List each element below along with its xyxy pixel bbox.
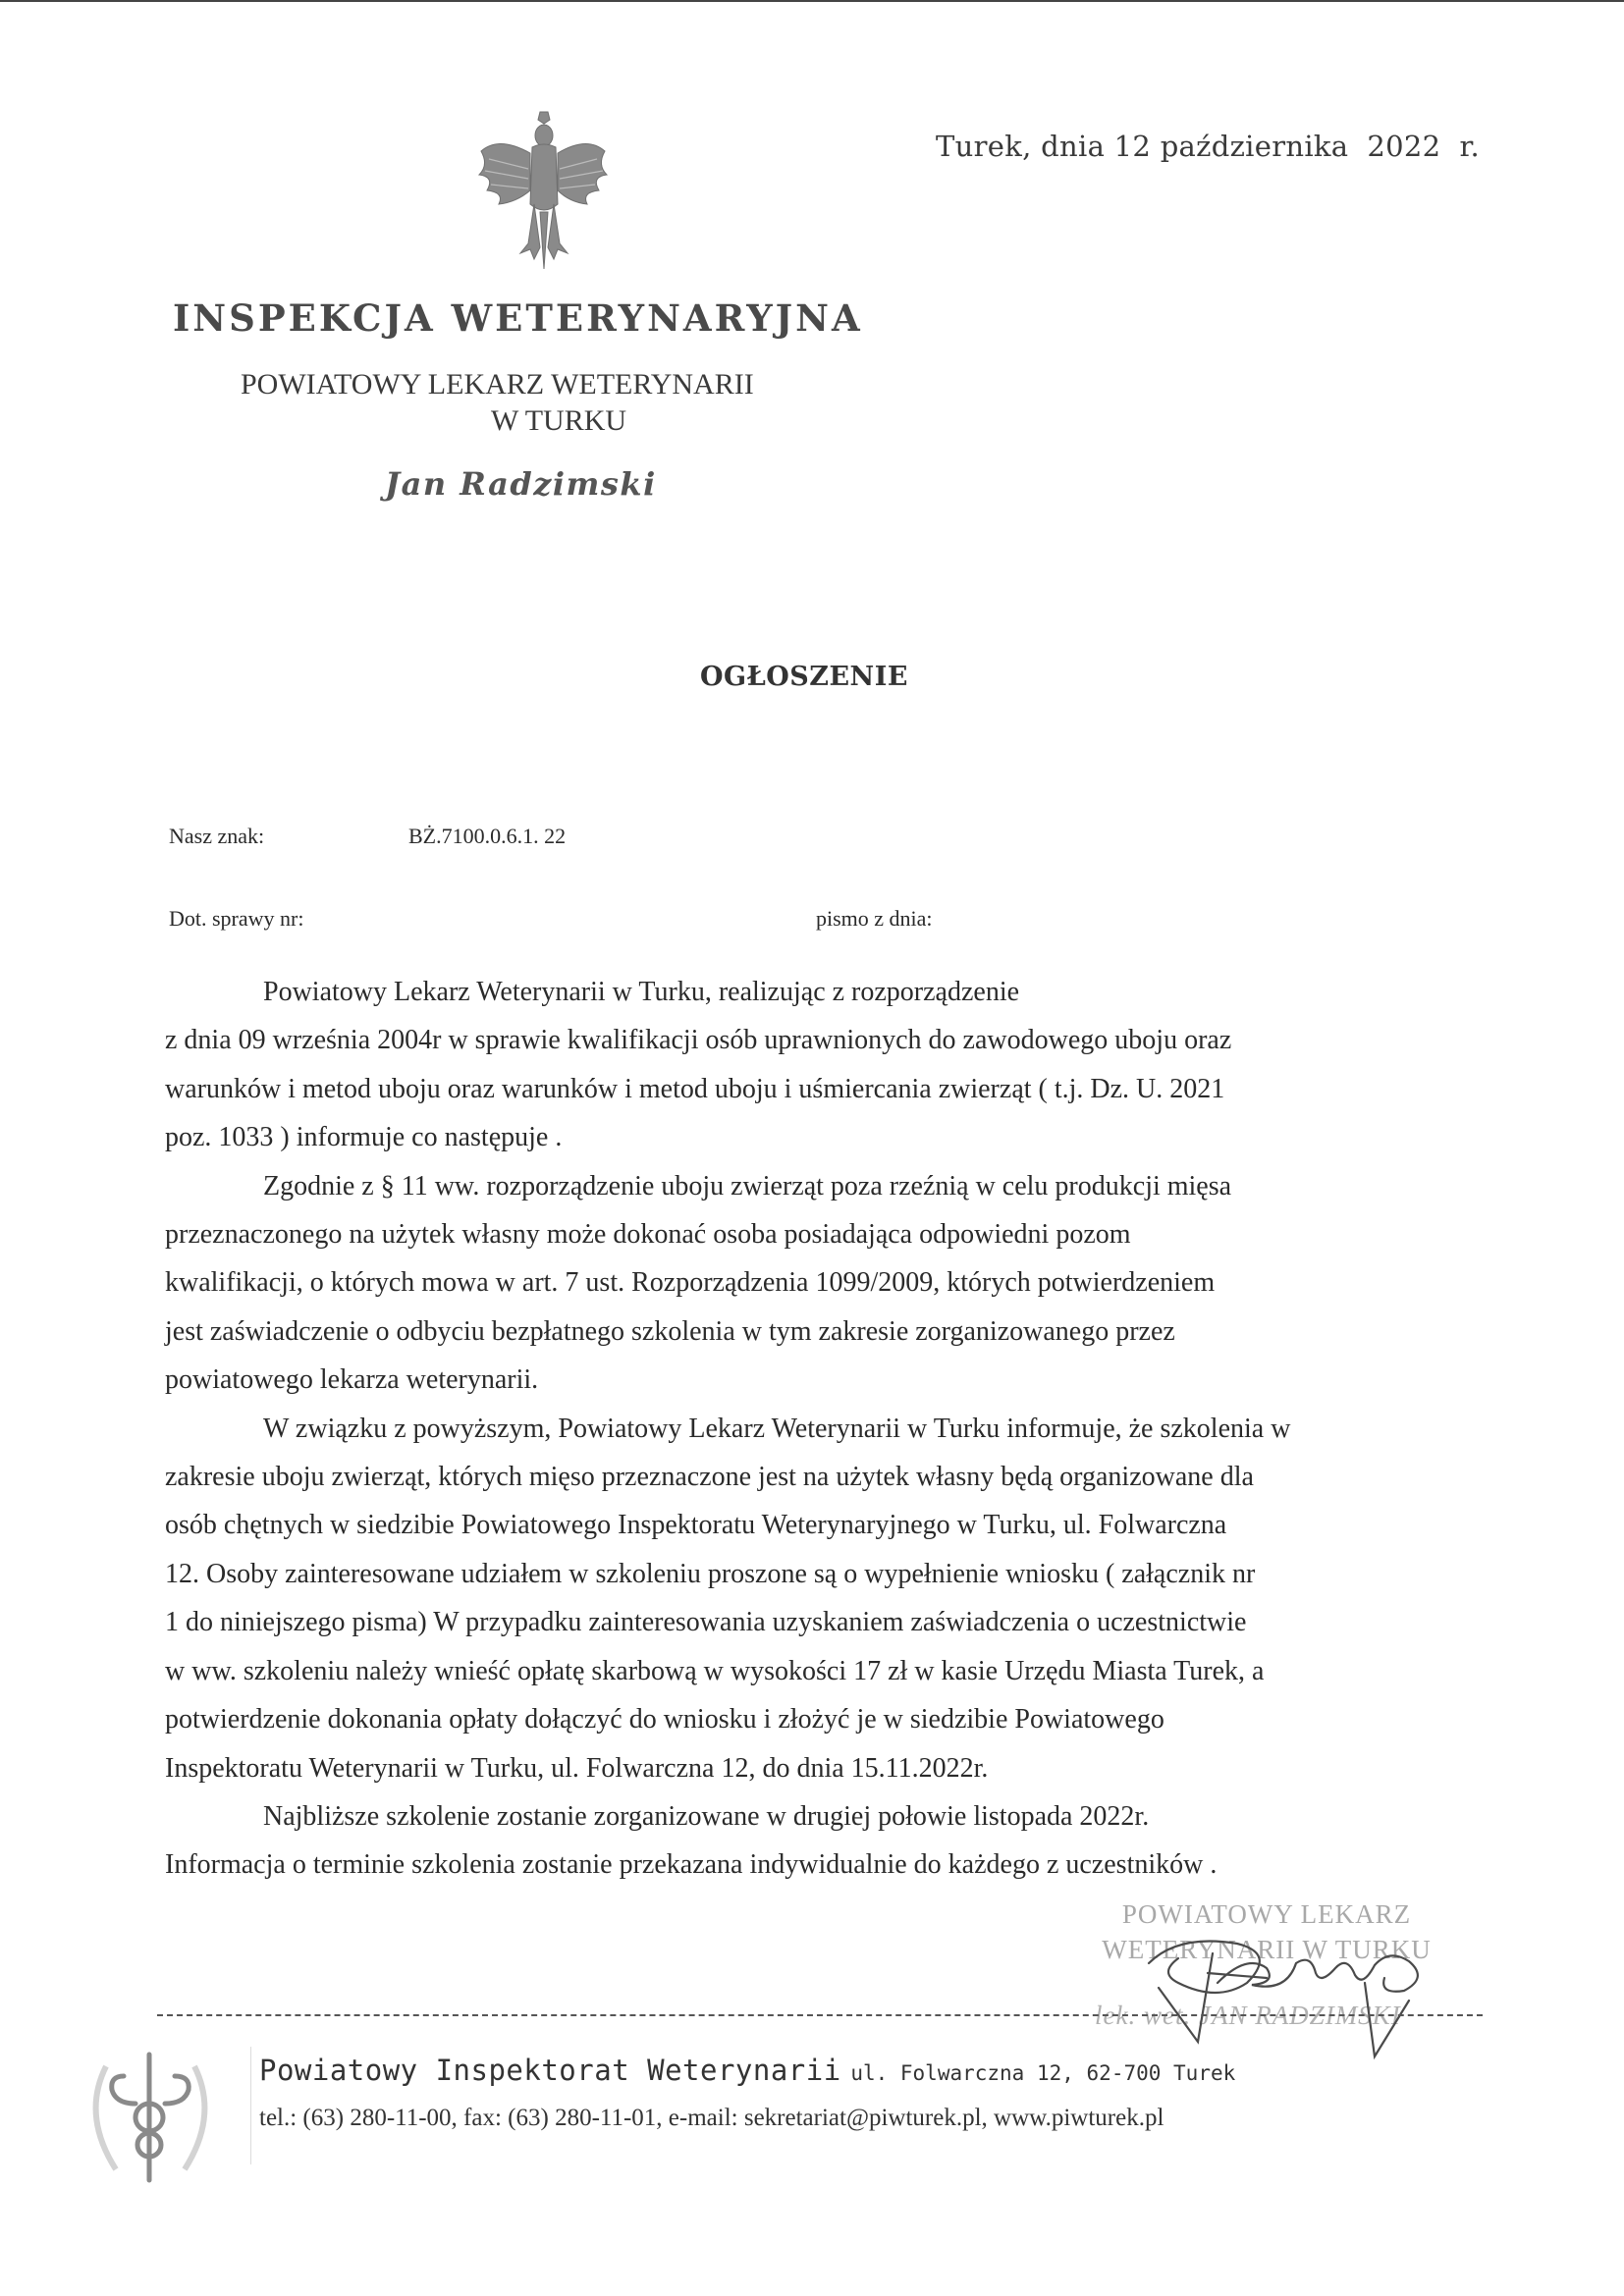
body-line: kwalifikacji, o których mowa w art. 7 us… [165,1258,1481,1307]
paragraph-3: W związku z powyższym, Powiatowy Lekarz … [165,1405,1481,1792]
body-line: jest zaświadczenie o odbyciu bezpłatnego… [165,1308,1481,1356]
polish-eagle-icon [469,106,617,273]
office-title: POWIATOWY LEKARZ WETERYNARII [241,368,754,401]
body-line: Inspektoratu Weterynarii w Turku, ul. Fo… [165,1744,1481,1792]
body-line: Powiatowy Lekarz Weterynarii w Turku, re… [165,968,1481,1016]
footer-separator [250,2047,251,2164]
body-line: Zgodnie z § 11 ww. rozporządzenie uboju … [165,1162,1481,1210]
office-location: W TURKU [491,404,626,438]
body-line: warunków i metod uboju oraz warunków i m… [165,1065,1481,1113]
body-line: z dnia 09 września 2004r w sprawie kwali… [165,1016,1481,1064]
footer-contact: tel.: (63) 280-11-00, fax: (63) 280-11-0… [259,2105,1164,2132]
announcement-body: Powiatowy Lekarz Weterynarii w Turku, re… [165,968,1481,1890]
body-line: 1 do niniejszego pisma) W przypadku zain… [165,1598,1481,1646]
body-line: powiatowego lekarza weterynarii. [165,1356,1481,1404]
body-line: w ww. szkoleniu należy wnieść opłatę ska… [165,1647,1481,1695]
body-line: przeznaczonego na użytek własny może dok… [165,1210,1481,1258]
caduceus-icon [77,2047,224,2184]
body-line: Najbliższe szkolenie zostanie zorganizow… [165,1792,1481,1841]
organization-name: INSPEKCJA WETERYNARYJNA [173,296,863,340]
our-reference-value: BŻ.7100.0.6.1. 22 [408,824,566,849]
document-date: Turek, dnia 12 października 2022 r. [936,130,1480,163]
paragraph-2: Zgodnie z § 11 ww. rozporządzenie uboju … [165,1162,1481,1405]
body-line: osób chętnych w siedzibie Powiatowego In… [165,1501,1481,1549]
our-reference-label: Nasz znak: [169,824,264,849]
institution-address: ul. Folwarczna 12, 62-700 Turek [850,2061,1235,2085]
institution-name: Powiatowy Inspektorat Weterynarii [259,2054,841,2087]
case-number-label: Dot. sprawy nr: [169,906,303,932]
paragraph-4: Najbliższe szkolenie zostanie zorganizow… [165,1792,1481,1890]
letter-date-label: pismo z dnia: [816,906,933,932]
paragraph-1: Powiatowy Lekarz Weterynarii w Turku, re… [165,968,1481,1162]
page-top-edge [0,0,1624,2]
body-line: potwierdzenie dokonania opłaty dołączyć … [165,1695,1481,1743]
body-line: W związku z powyższym, Powiatowy Lekarz … [165,1405,1481,1453]
signature-icon [1139,1924,1453,2061]
document-title: OGŁOSZENIE [700,662,908,692]
officer-name: Jan Radzimski [385,465,657,503]
body-line: poz. 1033 ) informuje co następuje . [165,1113,1481,1161]
footer-institution: Powiatowy Inspektorat Weterynarii ul. Fo… [259,2054,1235,2087]
body-line: zakresie uboju zwierząt, których mięso p… [165,1453,1481,1501]
footer-divider [157,2014,1483,2016]
body-line: Informacja o terminie szkolenia zostanie… [165,1841,1481,1889]
body-line: 12. Osoby zainteresowane udziałem w szko… [165,1550,1481,1598]
